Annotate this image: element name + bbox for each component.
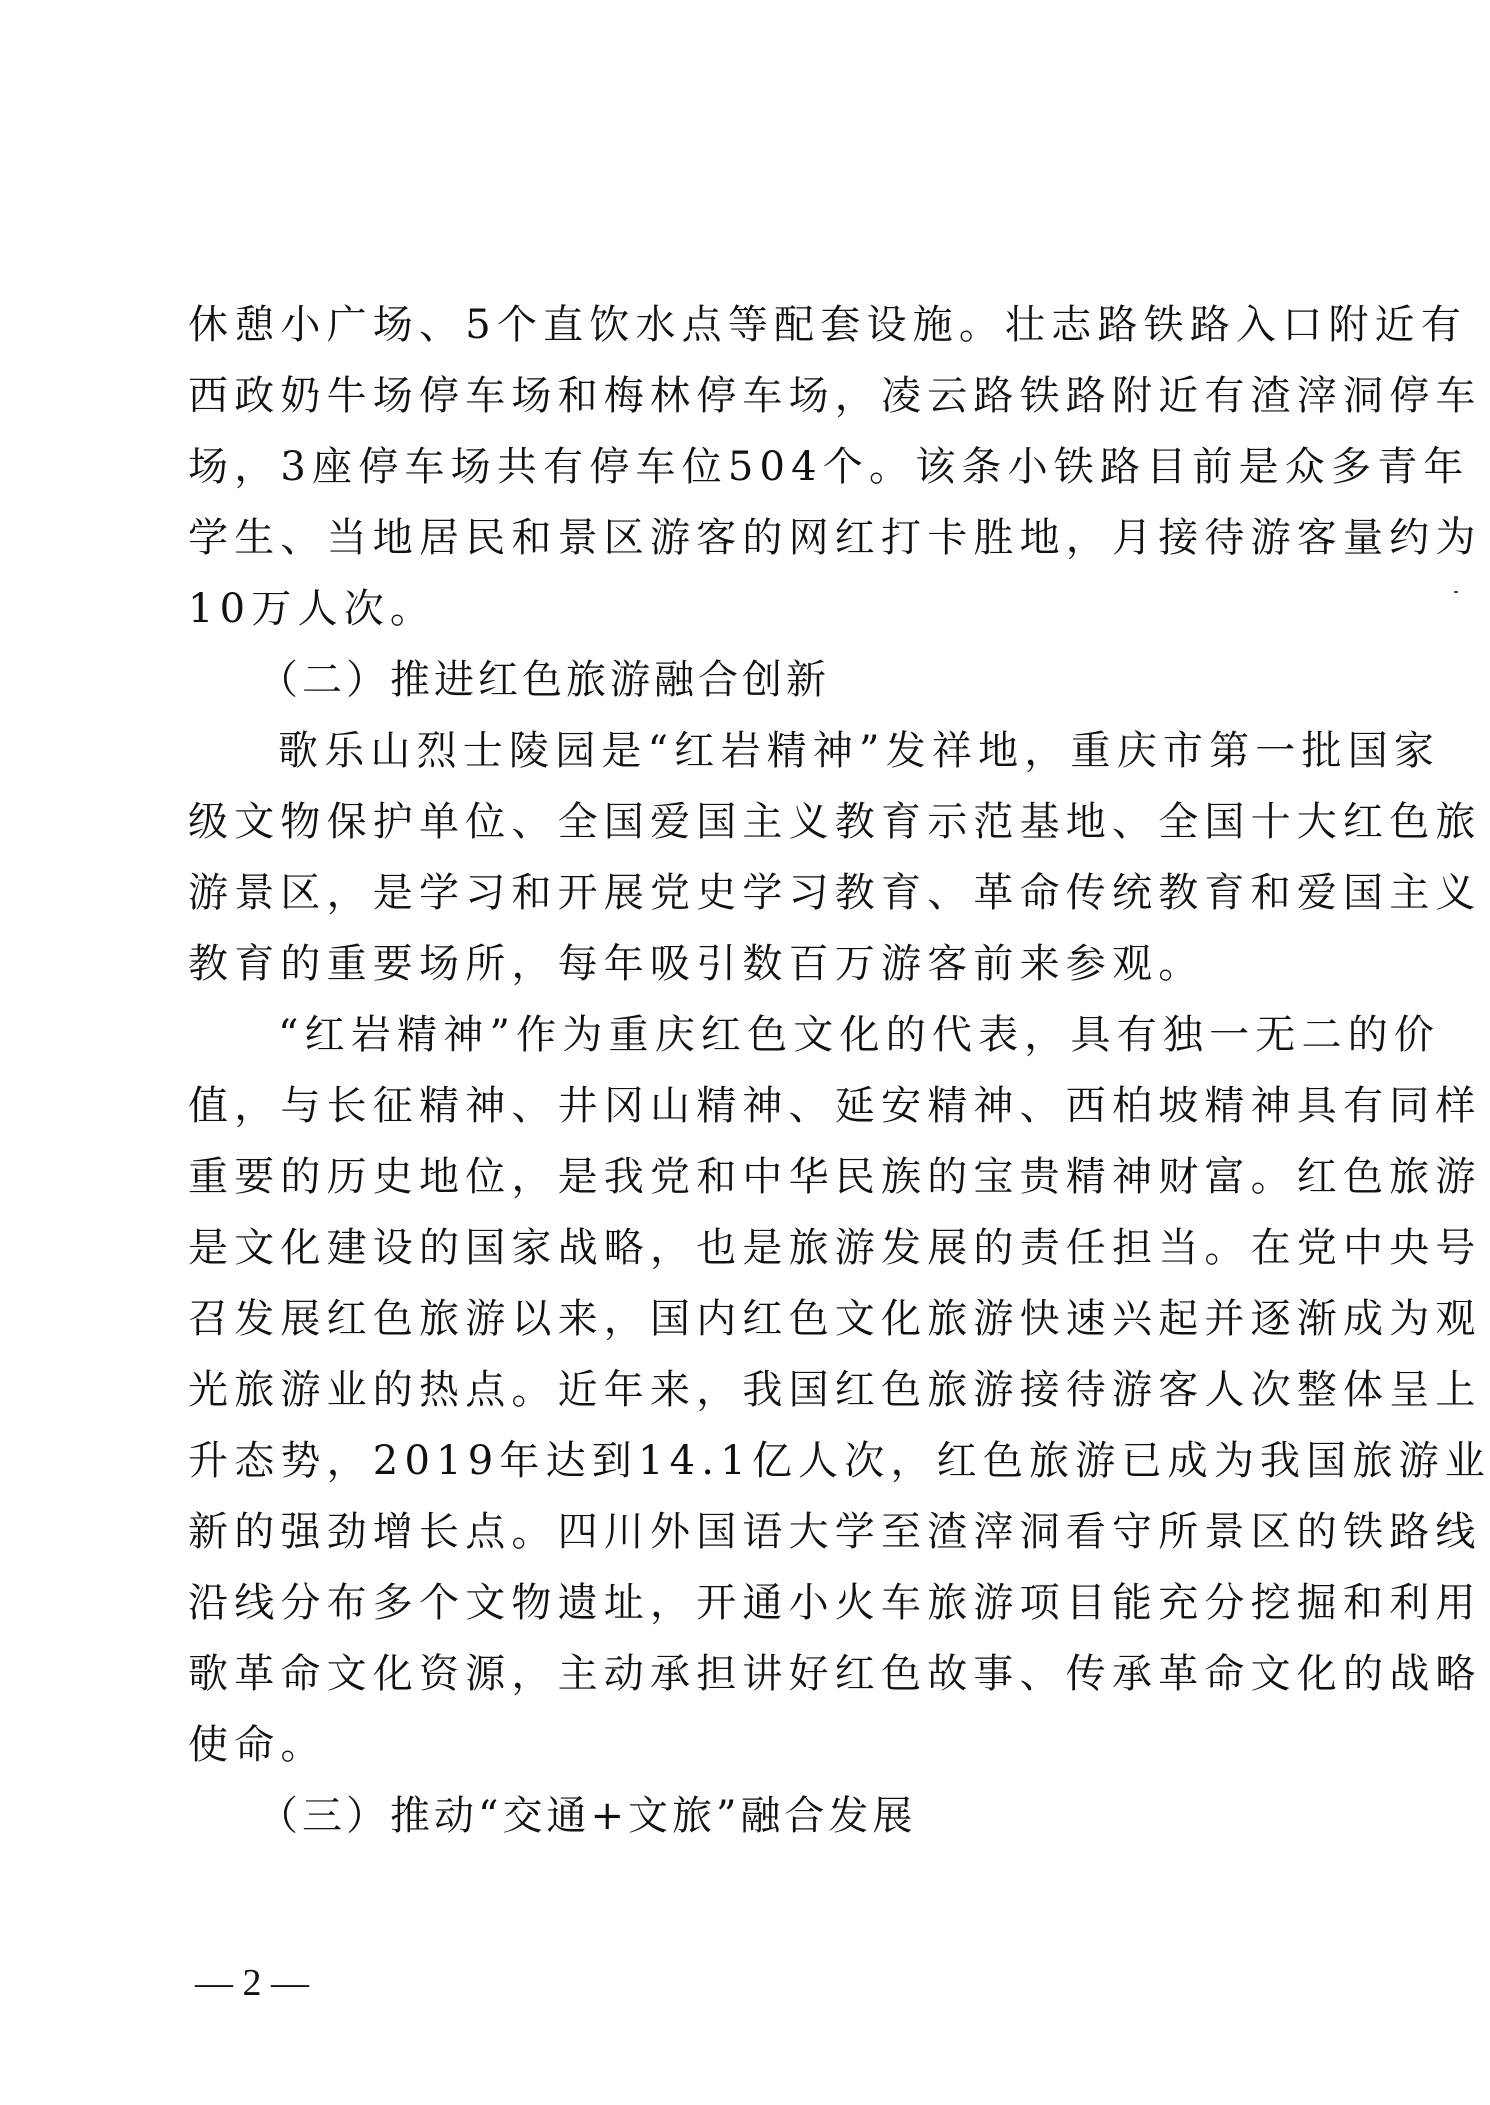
body-text-line: 歌革命文化资源，主动承担讲好红色故事、传承革命文化的战略 [188, 1644, 1308, 1704]
body-text-line: 场，3座停车场共有停车位504个。该条小铁路目前是众多青年 [188, 437, 1308, 497]
body-text-line: 西政奶牛场停车场和梅林停车场，凌云路铁路附近有渣滓洞停车 [188, 366, 1308, 426]
body-text-line: 是文化建设的国家战略，也是旅游发展的责任担当。在党中央号 [188, 1218, 1308, 1278]
body-text-line: “红岩精神”作为重庆红色文化的代表，具有独一无二的价 [278, 1005, 1308, 1065]
body-text-line: 召发展红色旅游以来，国内红色文化旅游快速兴起并逐渐成为观 [188, 1289, 1308, 1349]
body-text-line: 10万人次。 [188, 579, 1308, 639]
body-text-line: 光旅游业的热点。近年来，我国红色旅游接待游客人次整体呈上 [188, 1360, 1308, 1420]
body-text-line: 重要的历史地位，是我党和中华民族的宝贵精神财富。红色旅游 [188, 1147, 1308, 1207]
scan-speck [1454, 516, 1458, 520]
document-page: 休憩小广场、5个直饮水点等配套设施。壮志路铁路入口附近有 西政奶牛场停车场和梅林… [0, 0, 1490, 2105]
section-heading-2: （二）推进红色旅游融合创新 [258, 650, 830, 710]
body-text-line: 休憩小广场、5个直饮水点等配套设施。壮志路铁路入口附近有 [188, 295, 1308, 355]
body-text-line: 级文物保护单位、全国爱国主义教育示范基地、全国十大红色旅 [188, 792, 1308, 852]
body-text-line: 教育的重要场所，每年吸引数百万游客前来参观。 [188, 934, 1308, 994]
body-text-line: 新的强劲增长点。四川外国语大学至渣滓洞看守所景区的铁路线 [188, 1502, 1308, 1562]
scan-speck [1454, 591, 1458, 593]
page-number: — 2 — [195, 1958, 309, 2008]
scan-speck [1445, 1596, 1449, 1598]
body-text-line: 学生、当地居民和景区游客的网红打卡胜地，月接待游客量约为 [188, 508, 1308, 568]
body-text-line: 沿线分布多个文物遗址，开通小火车旅游项目能充分挖掘和利用 [188, 1573, 1308, 1633]
body-text-line: 游景区，是学习和开展党史学习教育、革命传统教育和爱国主义 [188, 863, 1308, 923]
body-text-line: 使命。 [188, 1715, 1308, 1775]
body-text-line: 歌乐山烈士陵园是“红岩精神”发祥地，重庆市第一批国家 [278, 721, 1308, 781]
scan-speck [1445, 1521, 1449, 1525]
body-text-line: 升态势，2019年达到14.1亿人次，红色旅游已成为我国旅游业 [188, 1431, 1308, 1491]
body-text-line: 值，与长征精神、井冈山精神、延安精神、西柏坡精神具有同样 [188, 1076, 1308, 1136]
section-heading-3: （三）推动“交通+文旅”融合发展 [258, 1786, 916, 1846]
